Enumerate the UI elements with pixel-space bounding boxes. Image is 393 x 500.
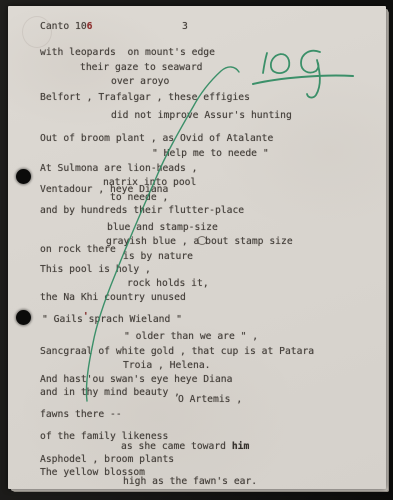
typescript-line: did not improve Assur's hunting bbox=[111, 111, 292, 121]
typescript-line: O Artemis , bbox=[178, 395, 242, 405]
typescript-line: Asphodel , broom plants bbox=[40, 455, 174, 465]
typescript-line: as she came toward him bbox=[121, 442, 249, 452]
typescript-line: blue and stamp-size bbox=[107, 223, 218, 233]
typescript-line: high as the fawn's ear. bbox=[123, 477, 257, 487]
typescript-line: to neede , bbox=[110, 193, 168, 203]
punch-hole bbox=[16, 169, 31, 184]
typescript-line: Troia , Helena. bbox=[123, 361, 211, 371]
typescript-line: the Na Khi country unused bbox=[40, 293, 186, 303]
typescript-line: and by hundreds their flutter-place bbox=[40, 206, 244, 216]
canto-number-red: 6 bbox=[87, 21, 93, 32]
typescript-line: rock holds it, bbox=[127, 279, 209, 289]
canto-title-label: Canto 10 bbox=[40, 21, 87, 32]
typescript-line: Belfort , Trafalgar , these effigies bbox=[40, 93, 250, 103]
typescript-line: their gaze to seaward bbox=[80, 63, 202, 73]
typescript-line: Out of broom plant , as Ovid of Atalante bbox=[40, 134, 273, 144]
typescript-line: " Help me to neede " bbox=[152, 149, 269, 159]
punch-hole bbox=[16, 310, 31, 325]
typescript-line: fawns there -- bbox=[40, 410, 122, 420]
typescript-line: over aroyo bbox=[111, 77, 169, 87]
typescript-line: " Gails'sprach Wieland " bbox=[42, 315, 182, 325]
typescript-line: Sancgraal of white gold , that cup is at… bbox=[40, 347, 314, 357]
typescript-line: on rock there , bbox=[40, 245, 128, 255]
typescript-line: is by nature bbox=[123, 252, 193, 262]
typescript-line: At Sulmona are lion-heads , bbox=[40, 164, 197, 174]
scanned-page-background: Canto 106 3 with leopards on mount's edg… bbox=[0, 0, 393, 500]
typescript-line: and in thy mind beauty , bbox=[40, 388, 180, 398]
typescript-line: " older than we are " , bbox=[124, 332, 258, 342]
typescript-line: grayish blue , a bout stamp size bbox=[106, 237, 293, 247]
typescript-line: And hast'ou swan's eye heye Diana bbox=[40, 375, 232, 385]
page-number: 3 bbox=[182, 22, 188, 32]
typescript-line: This pool is holy , bbox=[40, 265, 151, 275]
typescript-line: with leopards on mount's edge bbox=[40, 48, 215, 58]
canto-title: Canto 106 bbox=[40, 22, 93, 32]
